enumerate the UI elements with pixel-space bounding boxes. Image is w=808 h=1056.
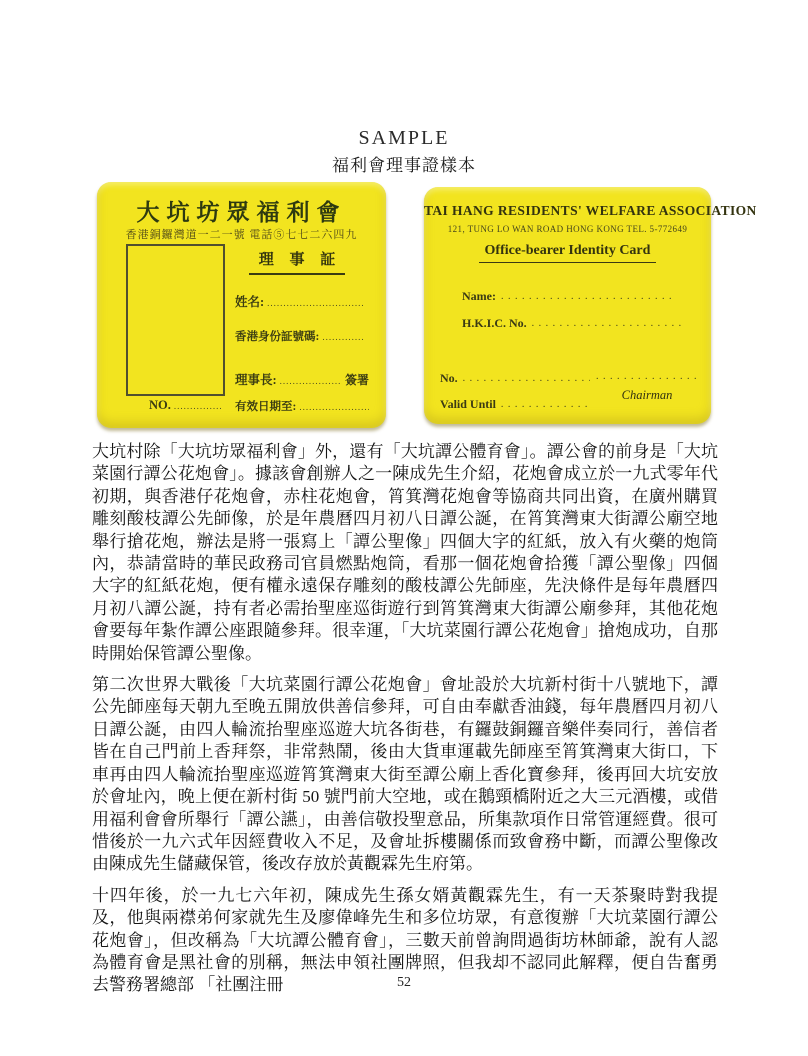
chairman-label-en: Chairman [596,388,698,403]
signature-label-zh: 簽署 [345,371,369,388]
member-card-english: TAI HANG RESIDENTS' WELFARE ASSOCIATION … [424,187,711,424]
page-header: SAMPLE 福利會理事證樣本 [0,127,808,176]
body-text: 大坑村除「大坑坊眾福利會」外，還有「大坑譚公體育會」。譚公會的前身是「大坑菜園行… [92,441,718,1006]
hkid-field-zh: 香港身份証號碼: ...............................… [235,328,365,344]
card-address-en: 121, TUNG LO WAN ROAD HONG KONG TEL. 5-7… [424,224,711,234]
dotted-line: ........................................… [319,333,365,344]
name-field-en: Name: . . . . . . . . . . . . . . . . . … [462,289,674,304]
card-address-zh: 香港銅鑼灣道一二一號 電話⑤七七二六四九 [97,226,386,242]
card-association-name-en: TAI HANG RESIDENTS' WELFARE ASSOCIATION [424,203,711,219]
page-title: 福利會理事證樣本 [0,151,808,176]
number-label-zh: NO. [149,398,171,413]
name-field-zh: 姓名: ....................................… [235,292,363,310]
valid-until-field-zh: 有效日期至: .................................… [235,398,369,414]
number-field-zh: NO. ....................................… [149,398,221,413]
dotted-line: . . . . . . . . . . . . . . . . . . . . … [458,374,590,386]
valid-until-label-zh: 有效日期至: [235,398,296,414]
sample-label: SAMPLE [0,127,808,150]
paragraph-2: 第二次世界大戰後「大坑菜園行譚公花炮會」會址設於大坑新村街十八號地下，譚公先師座… [92,674,718,876]
hkid-label-en: H.K.I.C. No. [462,316,527,331]
valid-until-label-en: Valid Until [440,397,496,412]
name-label-en: Name: [462,289,496,304]
page-number: 52 [0,975,808,991]
valid-until-field-en: Valid Until . . . . . . . . . . . . . . … [440,397,590,412]
document-page: SAMPLE 福利會理事證樣本 大坑坊眾福利會 香港銅鑼灣道一二一號 電話⑤七七… [0,0,808,1056]
photo-box [126,244,225,396]
dotted-line: . . . . . . . . . . . . . . . . . . . . … [496,400,590,412]
chairman-label-zh: 理事長: [235,370,277,388]
dotted-line: . . . . . . . . . . . . . . . . . . . . … [596,371,698,382]
dotted-line: ........................................… [171,402,221,413]
paragraph-1: 大坑村除「大坑坊眾福利會」外，還有「大坑譚公體育會」。譚公會的前身是「大坑菜園行… [92,441,718,665]
member-card-chinese: 大坑坊眾福利會 香港銅鑼灣道一二一號 電話⑤七七二六四九 理 事 証 姓名: .… [97,182,386,428]
dotted-line: ........................................… [296,403,369,414]
card-type-zh: 理 事 証 [233,248,361,275]
chairman-signature-block: . . . . . . . . . . . . . . . . . . . . … [596,371,698,403]
card-association-name-zh: 大坑坊眾福利會 [97,194,386,227]
dotted-line: . . . . . . . . . . . . . . . . . . . . … [496,292,674,304]
card-type-en: Office-bearer Identity Card [424,241,711,263]
dotted-line: ........................................… [264,299,363,310]
dotted-line: ........................................… [277,377,342,388]
chairman-field-zh: 理事長: ...................................… [235,370,369,388]
number-label-en: No. [440,371,458,386]
number-field-en: No. . . . . . . . . . . . . . . . . . . … [440,371,590,386]
hkid-field-en: H.K.I.C. No. . . . . . . . . . . . . . .… [462,316,684,331]
dotted-line: . . . . . . . . . . . . . . . . . . . . … [527,319,684,331]
hkid-label-zh: 香港身份証號碼: [235,328,319,344]
name-label-zh: 姓名: [235,292,264,310]
